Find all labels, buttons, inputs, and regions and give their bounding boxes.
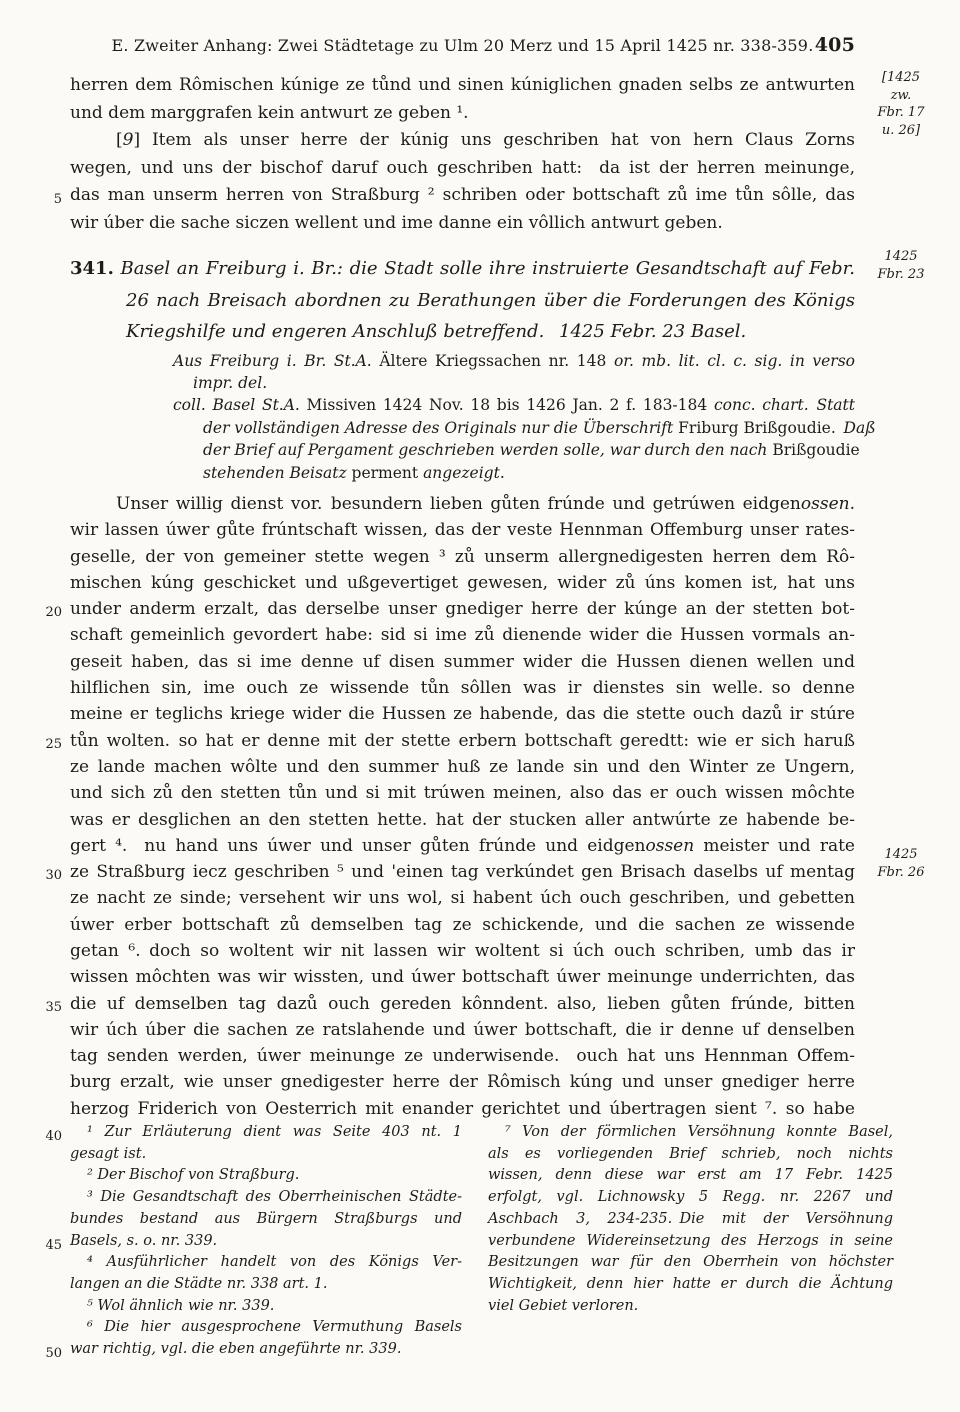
page-content: E. Zweiter Anhang: Zwei Städtetage zu Ul… (0, 0, 960, 1361)
margin-note-line: Fbr. 26 (858, 864, 944, 882)
text-run: verbundene Widereinsetzung des Herzogs i… (488, 1233, 893, 1249)
text-line: schaft gemeinlich gevordert habe: sid si… (70, 622, 855, 648)
text-line: 20under anderm erzalt, das derselbe unse… (70, 596, 855, 622)
text-run: ze lande machen wôlte und den summer huß… (70, 757, 855, 777)
text-run: gert ⁴. nu hand uns úwer und unser gůten… (70, 836, 645, 856)
footnotes-right-column: ⁷ Von der förmlichen Versöhnung konnte B… (488, 1122, 893, 1361)
text-run: ³ Die Gesandtschaft des Oberrheinischen … (87, 1189, 462, 1205)
text-run: or. mb. lit. cl. c. sig. in verso (614, 352, 855, 370)
text-run: und dem marggrafen kein antwurt ze geben… (70, 103, 469, 123)
text-line: 45Basels, s. o. nr. 339. (70, 1231, 462, 1253)
text-line: Besitzungen war für den Oberrhein von hö… (488, 1252, 893, 1274)
running-header-title: E. Zweiter Anhang: Zwei Städtetage zu Ul… (112, 36, 814, 55)
text-run: [ (116, 130, 123, 150)
margin-note-line: 1425 (858, 846, 944, 864)
text-run: wegen, und uns der bischof daruf ouch ge… (70, 158, 855, 178)
text-line: wir úch úber die sachen ze ratslahende u… (70, 1017, 855, 1043)
text-run: ² Der Bischof von Straßburg. (87, 1167, 299, 1183)
text-run: tůn wolten. so hat er denne mit der stet… (70, 731, 855, 751)
text-run: Basel an Freiburg i. Br.: die Stadt soll… (114, 258, 855, 279)
text-line: coll. Basel St.A. Missiven 1424 Nov. 18 … (70, 394, 855, 416)
text-run: ze nacht ze sinde; versehent wir uns wol… (70, 888, 855, 908)
text-line: ⁴ Ausführlicher handelt von des Königs V… (70, 1252, 462, 1274)
text-run: meister und rate (694, 836, 855, 856)
text-line: úwer erber bottschaft zů demselben tag z… (70, 912, 855, 938)
text-line: 5das man unserm herren von Straßburg ² s… (70, 182, 855, 210)
text-run: hilflichen sin, ime ouch ze wissende tůn… (70, 678, 855, 698)
text-run: 341. (70, 258, 114, 279)
text-run: 26 nach Breisach abordnen zu Berathungen… (126, 290, 855, 311)
text-line: 25tůn wolten. so hat er denne mit der st… (70, 728, 855, 754)
printed-line-number: 5 (30, 186, 62, 214)
text-run: war richtig, vgl. die eben angeführte nr… (70, 1341, 401, 1357)
text-line: 15stehenden Beisatz perment angezeigt. (70, 462, 855, 484)
text-line: impr. del. (70, 372, 855, 394)
text-run: Aus Freiburg i. Br. St.A. (173, 352, 379, 370)
text-run: Besitzungen war für den Oberrhein von hö… (488, 1254, 893, 1270)
text-line: geselle, der von gemeiner stette wegen ³… (70, 544, 855, 570)
text-run: viel Gebiet verloren. (488, 1298, 638, 1314)
text-run: ⁵ Wol ähnlich wie nr. 339. (87, 1298, 274, 1314)
text-run: was er desglichen an den stetten hette. … (70, 810, 855, 830)
text-run: bundes bestand aus Bürgern Straßburgs un… (70, 1211, 462, 1227)
printed-line-number: 35 (30, 995, 62, 1021)
text-run: Missiven 1424 Nov. 18 bis 1426 Jan. 2 f.… (307, 396, 714, 414)
text-line: wissen môchten was wir wissten, und úwer… (70, 964, 855, 990)
text-run: der vollständigen Adresse des Originals … (203, 419, 678, 437)
text-line: 40¹ Zur Erläuterung dient was Seite 403 … (70, 1122, 462, 1144)
text-run: Wichtigkeit, denn hier hatte er durch di… (488, 1276, 893, 1292)
text-line: [9] Item als unser herre der kúnig uns g… (70, 127, 855, 155)
text-line: wir lassen úwer gůte frúntschaft wissen,… (70, 517, 855, 543)
printed-line-number: 45 (30, 1235, 62, 1257)
text-line: wir úber die sache siczen wellent und im… (70, 210, 855, 238)
text-run: mischen kúng geschicket und ußgevertiget… (70, 573, 855, 593)
text-run: und sich zů den stetten tůn und si mit t… (70, 783, 855, 803)
text-run: ze Straßburg iecz geschriben ⁵ und 'eine… (70, 862, 855, 882)
running-header: E. Zweiter Anhang: Zwei Städtetage zu Ul… (70, 36, 855, 58)
text-run: Friburg Brißgoudie. (678, 419, 836, 437)
text-line: Kriegshilfe und engeren Anschluß betreff… (70, 316, 855, 348)
text-run: . (850, 494, 855, 514)
margin-note-line: 1425 (858, 248, 944, 266)
text-run: conc. chart. Statt (714, 396, 855, 414)
text-run: wissen, denn diese war erst am 17 Febr. … (488, 1167, 893, 1183)
text-line: ⁷ Von der förmlichen Versöhnung konnte B… (488, 1122, 893, 1144)
text-line: 35die uf demselben tag dazů ouch gereden… (70, 991, 855, 1017)
text-run: ⁷ Von der förmlichen Versöhnung konnte B… (505, 1124, 893, 1140)
text-run: schaft gemeinlich gevordert habe: sid si… (70, 625, 855, 645)
text-run: langen an die Städte nr. 338 art. 1. (70, 1276, 327, 1292)
text-run: gesagt ist. (70, 1146, 146, 1162)
text-run: Aschbach 3, 234-235. Die mit der Versöhn… (488, 1211, 893, 1227)
text-line: 10Aus Freiburg i. Br. St.A. Ältere Krieg… (70, 350, 855, 372)
text-line: getan ⁶. doch so woltent wir nit lassen … (70, 938, 855, 964)
text-line: burg erzalt, wie unser gnedigester herre… (70, 1069, 855, 1095)
document-heading-341: 341. Basel an Freiburg i. Br.: die Stadt… (70, 253, 855, 348)
text-run: erfolgt, vgl. Lichnowsky 5 Regg. nr. 226… (488, 1189, 893, 1205)
text-run: ossen (801, 494, 850, 514)
text-line: Aschbach 3, 234-235. Die mit der Versöhn… (488, 1209, 893, 1231)
text-run: stehenden Beisatz (203, 464, 352, 482)
printed-line-number: 30 (30, 863, 62, 889)
text-line: verbundene Widereinsetzung des Herzogs i… (488, 1231, 893, 1253)
text-line: hilflichen sin, ime ouch ze wissende tůn… (70, 675, 855, 701)
text-line: ⁶ Die hier ausgesprochene Vermuthung Bas… (70, 1317, 462, 1339)
printed-line-number: 20 (30, 600, 62, 626)
text-line: gert ⁴. nu hand uns úwer und unser gůten… (70, 833, 855, 859)
text-line: wissen, denn diese war erst am 17 Febr. … (488, 1165, 893, 1187)
text-line: Wichtigkeit, denn hier hatte er durch di… (488, 1274, 893, 1296)
text-run: 9 (123, 130, 134, 150)
footnotes-left-column: 40¹ Zur Erläuterung dient was Seite 403 … (70, 1122, 462, 1361)
text-run: als es vorliegenden Brief schrieb, noch … (488, 1146, 893, 1162)
text-run: das man unserm herren von Straßburg ² sc… (70, 185, 855, 205)
text-run: under anderm erzalt, das derselbe unser … (70, 599, 855, 619)
text-line: ⁵ Wol ähnlich wie nr. 339. (70, 1296, 462, 1318)
text-line: ze nacht ze sinde; versehent wir uns wol… (70, 885, 855, 911)
text-run: impr. del. (193, 374, 267, 392)
margin-note-line: [1425 (858, 69, 944, 87)
source-apparatus: 10Aus Freiburg i. Br. St.A. Ältere Krieg… (70, 350, 855, 484)
paragraph-item-9: [9] Item als unser herre der kúnig uns g… (70, 127, 855, 237)
text-run: wir lassen úwer gůte frúntschaft wissen,… (70, 520, 855, 540)
text-run: meine er teglichs kriege wider die Husse… (70, 704, 855, 724)
text-line: meine er teglichs kriege wider die Husse… (70, 701, 855, 727)
text-run: wissen môchten was wir wissten, und úwer… (70, 967, 855, 987)
text-line: ² Der Bischof von Straßburg. (70, 1165, 462, 1187)
text-line: langen an die Städte nr. 338 art. 1. (70, 1274, 462, 1296)
text-line: was er desglichen an den stetten hette. … (70, 807, 855, 833)
text-run: geseit haben, das si ime denne uf disen … (70, 652, 855, 672)
text-run: ⁴ Ausführlicher handelt von des Königs V… (87, 1254, 462, 1270)
page-number: 405 (815, 34, 855, 56)
text-line: 26 nach Breisach abordnen zu Berathungen… (70, 285, 855, 317)
text-line: und dem marggrafen kein antwurt ze geben… (70, 100, 855, 128)
margin-note-line: u. 26] (858, 122, 944, 140)
text-run: coll. Basel St.A. (173, 396, 307, 414)
text-run: Ältere Kriegssachen nr. 148 (379, 352, 614, 370)
text-line: mischen kúng geschicket und ußgevertiget… (70, 570, 855, 596)
text-line: 30ze Straßburg iecz geschriben ⁵ und 'ei… (70, 859, 855, 885)
text-line: als es vorliegenden Brief schrieb, noch … (488, 1144, 893, 1166)
letter-body: Unser willig dienst vor. besundern liebe… (70, 491, 855, 1122)
text-line: erfolgt, vgl. Lichnowsky 5 Regg. nr. 226… (488, 1187, 893, 1209)
text-line: wegen, und uns der bischof daruf ouch ge… (70, 155, 855, 183)
footnotes-section: 40¹ Zur Erläuterung dient was Seite 403 … (70, 1122, 893, 1361)
text-run: úwer erber bottschaft zů demselben tag z… (70, 915, 855, 935)
text-line: der Brief auf Pergament geschrieben werd… (70, 439, 855, 461)
text-run: ossen (645, 836, 694, 856)
text-line: herzog Friderich von Oesterrich mit enan… (70, 1096, 855, 1122)
text-run: herzog Friderich von Oesterrich mit enan… (70, 1099, 855, 1119)
text-line: Unser willig dienst vor. besundern liebe… (70, 491, 855, 517)
printed-line-number: 25 (30, 732, 62, 758)
text-line: gesagt ist. (70, 1144, 462, 1166)
text-run: der Brief auf Pergament geschrieben werd… (203, 441, 772, 459)
text-run: wir úch úber die sachen ze ratslahende u… (70, 1020, 855, 1040)
printed-line-number: 40 (30, 1126, 62, 1148)
text-line: und sich zů den stetten tůn und si mit t… (70, 780, 855, 806)
book-page: E. Zweiter Anhang: Zwei Städtetage zu Ul… (0, 0, 960, 1412)
text-line: herren dem Rômischen kúnige ze tůnd und … (70, 72, 855, 100)
text-run: wir úber die sache siczen wellent und im… (70, 213, 723, 233)
text-run: perment (352, 464, 424, 482)
text-run: Basels, s. o. nr. 339. (70, 1233, 217, 1249)
printed-line-number: 50 (30, 1343, 62, 1365)
margin-date-note: 1425Fbr. 26 (858, 846, 944, 881)
margin-note-line: Fbr. 17 (858, 104, 944, 122)
text-line: geseit haben, das si ime denne uf disen … (70, 649, 855, 675)
text-run: ] Item als unser herre der kúnig uns ges… (133, 130, 855, 150)
text-run: geselle, der von gemeiner stette wegen ³… (70, 547, 855, 567)
text-run: angezeigt. (423, 464, 505, 482)
paragraph-continuation: herren dem Rômischen kúnige ze tůnd und … (70, 72, 855, 127)
text-line: 50war richtig, vgl. die eben angeführte … (70, 1339, 462, 1361)
text-run: getan ⁶. doch so woltent wir nit lassen … (70, 941, 855, 961)
text-run: ⁶ Die hier ausgesprochene Vermuthung Bas… (87, 1319, 462, 1335)
text-run: Unser willig dienst vor. besundern liebe… (116, 494, 801, 514)
text-run: tag senden werden, úwer meinunge ze unde… (70, 1046, 855, 1066)
text-line: viel Gebiet verloren. (488, 1296, 893, 1318)
text-run: ¹ Zur Erläuterung dient was Seite 403 nt… (87, 1124, 462, 1140)
text-run: Daß (836, 419, 876, 437)
margin-date-note: 1425Fbr. 23 (858, 248, 944, 283)
text-run: die uf demselben tag dazů ouch gereden k… (70, 994, 855, 1014)
margin-date-note: [1425zw.Fbr. 17u. 26] (858, 69, 944, 139)
text-line: ze lande machen wôlte und den summer huß… (70, 754, 855, 780)
text-run: Brißgoudie (772, 441, 859, 459)
text-run: herren dem Rômischen kúnige ze tůnd und … (70, 75, 855, 95)
text-line: ³ Die Gesandtschaft des Oberrheinischen … (70, 1187, 462, 1209)
margin-note-line: Fbr. 23 (858, 266, 944, 284)
text-run: Kriegshilfe und engeren Anschluß betreff… (126, 321, 746, 342)
text-line: tag senden werden, úwer meinunge ze unde… (70, 1043, 855, 1069)
text-line: bundes bestand aus Bürgern Straßburgs un… (70, 1209, 462, 1231)
text-run: burg erzalt, wie unser gnedigester herre… (70, 1072, 855, 1092)
margin-note-line: zw. (858, 87, 944, 105)
text-line: 341. Basel an Freiburg i. Br.: die Stadt… (70, 253, 855, 285)
text-line: der vollständigen Adresse des Originals … (70, 417, 855, 439)
